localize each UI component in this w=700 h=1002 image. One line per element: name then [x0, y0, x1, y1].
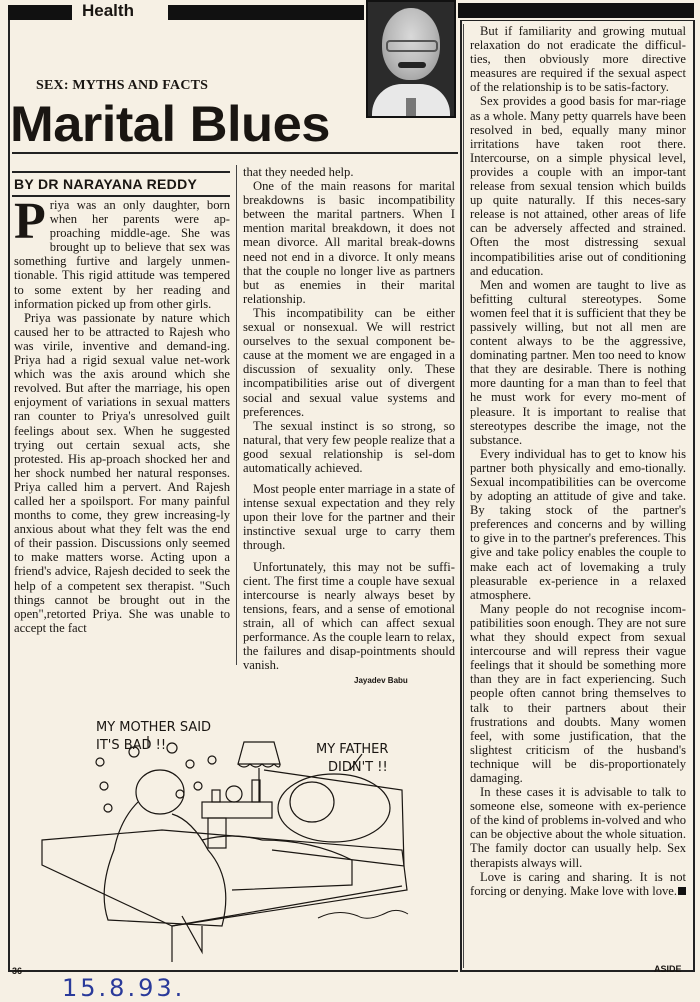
portrait-mustache	[398, 62, 426, 68]
paragraph: In these cases it is advisable to talk t…	[470, 785, 686, 870]
paragraph: that they needed help.	[243, 165, 455, 179]
author-photo	[366, 0, 456, 118]
article-column-2: that they needed help. One of the main r…	[243, 165, 455, 672]
speech-woman-line2: IT'S BAD !!	[96, 738, 166, 753]
paragraph: Most people enter marriage in a state of…	[243, 482, 455, 552]
header-band-middle	[168, 5, 364, 20]
paragraph: Unfortunately, this may not be suffi-cie…	[243, 560, 455, 673]
cartoon-credit: Jayadev Babu	[354, 676, 408, 685]
paragraph: Men and women are taught to live as befi…	[470, 278, 686, 447]
paragraph: Priya was an only daughter, born when he…	[14, 198, 230, 311]
cartoon-illustration: MY MOTHER SAID IT'S BAD !! MY FATHER DID…	[12, 690, 456, 966]
lamp-shade-icon	[238, 742, 280, 764]
speech-woman-line1: MY MOTHER SAID	[96, 720, 211, 735]
section-label: Health	[82, 0, 134, 22]
article-column-3: But if familiarity and growing mutual re…	[470, 24, 686, 898]
paragraph: Love is caring and sharing. It is not fo…	[470, 870, 686, 898]
paragraph: Sex provides a good basis for mar-riage …	[470, 94, 686, 277]
header-band-right	[458, 3, 694, 18]
title-rule	[12, 152, 458, 154]
article-headline: Marital Blues	[10, 96, 330, 152]
handwritten-date: 15.8.93.	[62, 974, 185, 1002]
end-of-article-mark	[678, 887, 686, 895]
speech-man-line1: MY FATHER	[316, 742, 388, 757]
article-byline: BY DR NARAYANA REDDY	[14, 176, 197, 192]
byline-rule-top	[12, 171, 230, 173]
page-number: 36	[12, 966, 22, 976]
paragraph: The sexual instinct is so strong, so nat…	[243, 419, 455, 475]
paragraph: Many people do not recognise incom-patib…	[470, 602, 686, 785]
paragraph: One of the main reasons for marital brea…	[243, 179, 455, 306]
speech-man-line2: DIDN'T !!	[328, 760, 388, 775]
article-column-1: Priya was an only daughter, born when he…	[14, 198, 230, 635]
column-divider-1	[236, 165, 237, 665]
drop-cap: P	[14, 200, 46, 242]
article-kicker: SEX: MYTHS AND FACTS	[36, 78, 208, 94]
paragraph: Priya was passionate by nature which cau…	[14, 311, 230, 635]
magazine-name: ASIDE	[654, 964, 682, 974]
paragraph: This incompatibility can be either sexua…	[243, 306, 455, 419]
portrait-glasses	[386, 40, 438, 52]
column-divider-2	[463, 24, 464, 968]
paragraph: Every individual has to get to know his …	[470, 447, 686, 602]
paragraph: But if familiarity and growing mutual re…	[470, 24, 686, 94]
header-band-left	[8, 5, 72, 20]
portrait-tie	[406, 98, 416, 116]
